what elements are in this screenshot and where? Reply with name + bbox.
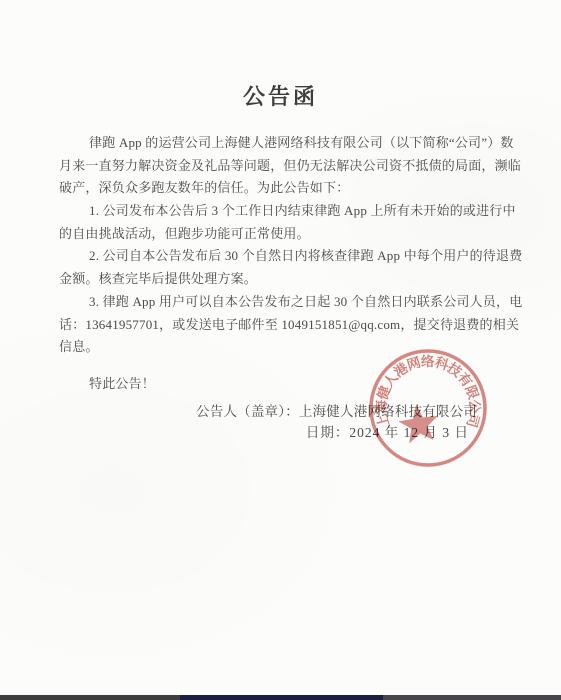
list-item-1-line: 的自由挑战活动，但跑步功能可正常使用。 [59, 223, 505, 246]
bottom-bar-segment-gray [0, 695, 180, 700]
list-item-2-line: 金额。核查完毕后提供处理方案。 [59, 268, 505, 291]
seal-star-icon [396, 401, 441, 444]
bottom-bar-segment-navy [180, 695, 383, 700]
bottom-bar-segment-gray-right [383, 695, 561, 700]
paragraph-line: 律跑 App 的运营公司上海健人港网络科技有限公司（以下简称“公司”）数 [59, 132, 505, 155]
list-item-2-line: 2. 公司自本公告发布后 30 个自然日内将核查律跑 App 中每个用户的待退费 [59, 245, 505, 268]
document-title: 公告函 [0, 80, 561, 111]
list-item-1-line: 1. 公司发布本公告后 3 个工作日内结束律跑 App 上所有未开始的或进行中 [59, 200, 505, 223]
company-seal-stamp: 上海健人港网络科技有限公司 [350, 338, 520, 508]
bottom-edge-bar [0, 695, 561, 700]
paragraph-line: 破产，深负众多跑友数年的信任。为此公告如下： [59, 177, 505, 200]
list-item-3-line: 话：13641957701，或发送电子邮件至 1049151851@qq.com… [59, 314, 505, 337]
list-item-3-line: 3. 律跑 App 用户可以自本公告发布之日起 30 个自然日内联系公司人员，电 [59, 291, 505, 314]
paragraph-line: 月来一直努力解决资金及礼品等问题，但仍无法解决公司资不抵债的局面，濒临 [59, 155, 505, 178]
scanned-document-page: 公告函 律跑 App 的运营公司上海健人港网络科技有限公司（以下简称“公司”）数… [0, 0, 561, 700]
